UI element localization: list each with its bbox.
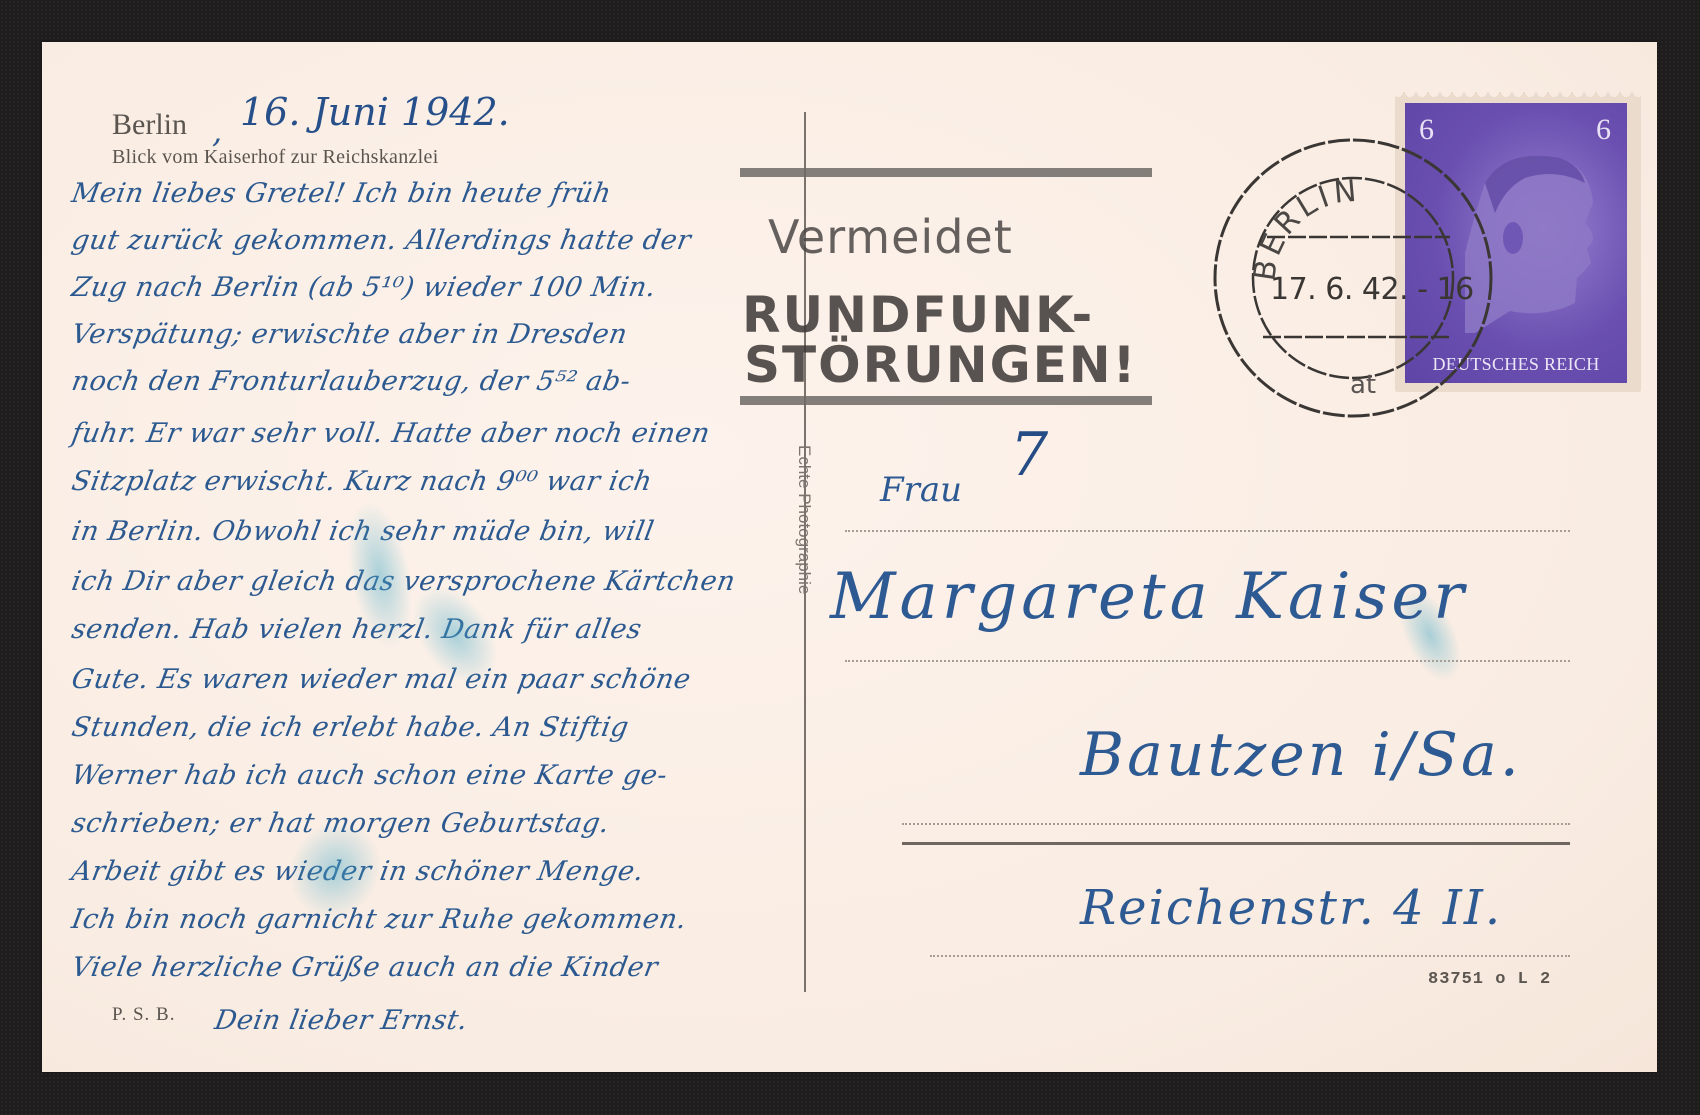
slogan-bar-bottom xyxy=(740,396,1152,405)
slogan-line-1: Vermeidet xyxy=(768,210,1013,264)
svg-text:BERLIN: BERLIN xyxy=(1247,174,1361,284)
postmark: BERLIN 17. 6. 42. - 16 at xyxy=(1205,132,1505,432)
address-line-4 xyxy=(930,955,1570,957)
slogan-bar-top xyxy=(740,168,1152,177)
address-line-2 xyxy=(845,660,1570,662)
address-salutation: Frau xyxy=(880,470,962,510)
message-signature: Dein lieber Ernst. xyxy=(212,1005,470,1036)
message-line: Verspätung; erwischte aber in Dresden xyxy=(69,319,630,350)
catalog-number: 83751 o L 2 xyxy=(1428,970,1551,989)
printed-place: Berlin xyxy=(112,108,187,142)
message-line: Zug nach Berlin (ab 5¹⁰) wieder 100 Min. xyxy=(69,272,658,303)
address-line-3 xyxy=(902,823,1570,825)
message-line: Mein liebes Gretel! Ich bin heute früh xyxy=(69,178,613,209)
postmark-code: at xyxy=(1350,370,1376,400)
message-line: Gute. Es waren wieder mal ein paar schön… xyxy=(69,664,693,695)
stamp-value-right: 6 xyxy=(1596,113,1611,147)
message-line: Ich bin noch garnicht zur Ruhe gekommen. xyxy=(69,904,689,935)
slogan-cancel: Vermeidet RUNDFUNK- STÖRUNGEN! xyxy=(740,168,1155,408)
message-line: senden. Hab vielen herzl. Dank für alles xyxy=(69,614,644,645)
address-street: Reichenstr. 4 II. xyxy=(1080,880,1502,936)
publisher-mark: P. S. B. xyxy=(112,1004,175,1026)
address-rule xyxy=(902,842,1570,845)
message-line: Werner hab ich auch schon eine Karte ge- xyxy=(69,760,670,791)
message-line: fuhr. Er war sehr voll. Hatte aber noch … xyxy=(69,418,712,449)
printed-caption: Blick vom Kaiserhof zur Reichskanzlei xyxy=(112,146,439,169)
handwritten-date: 16. Juni 1942. xyxy=(240,90,510,134)
message-line: Viele herzliche Grüße auch an die Kinder xyxy=(69,952,660,983)
address-mark: 7 xyxy=(1010,420,1048,490)
postmark-date: 17. 6. 42. - 16 xyxy=(1270,272,1474,307)
message-line: Sitzplatz erwischt. Kurz nach 9⁰⁰ war ic… xyxy=(69,466,654,497)
slogan-line-3: STÖRUNGEN! xyxy=(744,336,1137,394)
message-line: gut zurück gekommen. Allerdings hatte de… xyxy=(69,225,693,256)
message-line: Stunden, die ich erlebt habe. An Stiftig xyxy=(69,712,631,743)
message-line: noch den Fronturlauberzug, der 5⁵² ab- xyxy=(69,366,633,397)
address-city: Bautzen i/Sa. xyxy=(1080,720,1522,790)
handwritten-comma: , xyxy=(212,112,222,150)
address-line-1 xyxy=(845,530,1570,532)
photo-note: Echte Photographie xyxy=(794,445,814,594)
address-name: Margareta Kaiser xyxy=(830,560,1468,634)
